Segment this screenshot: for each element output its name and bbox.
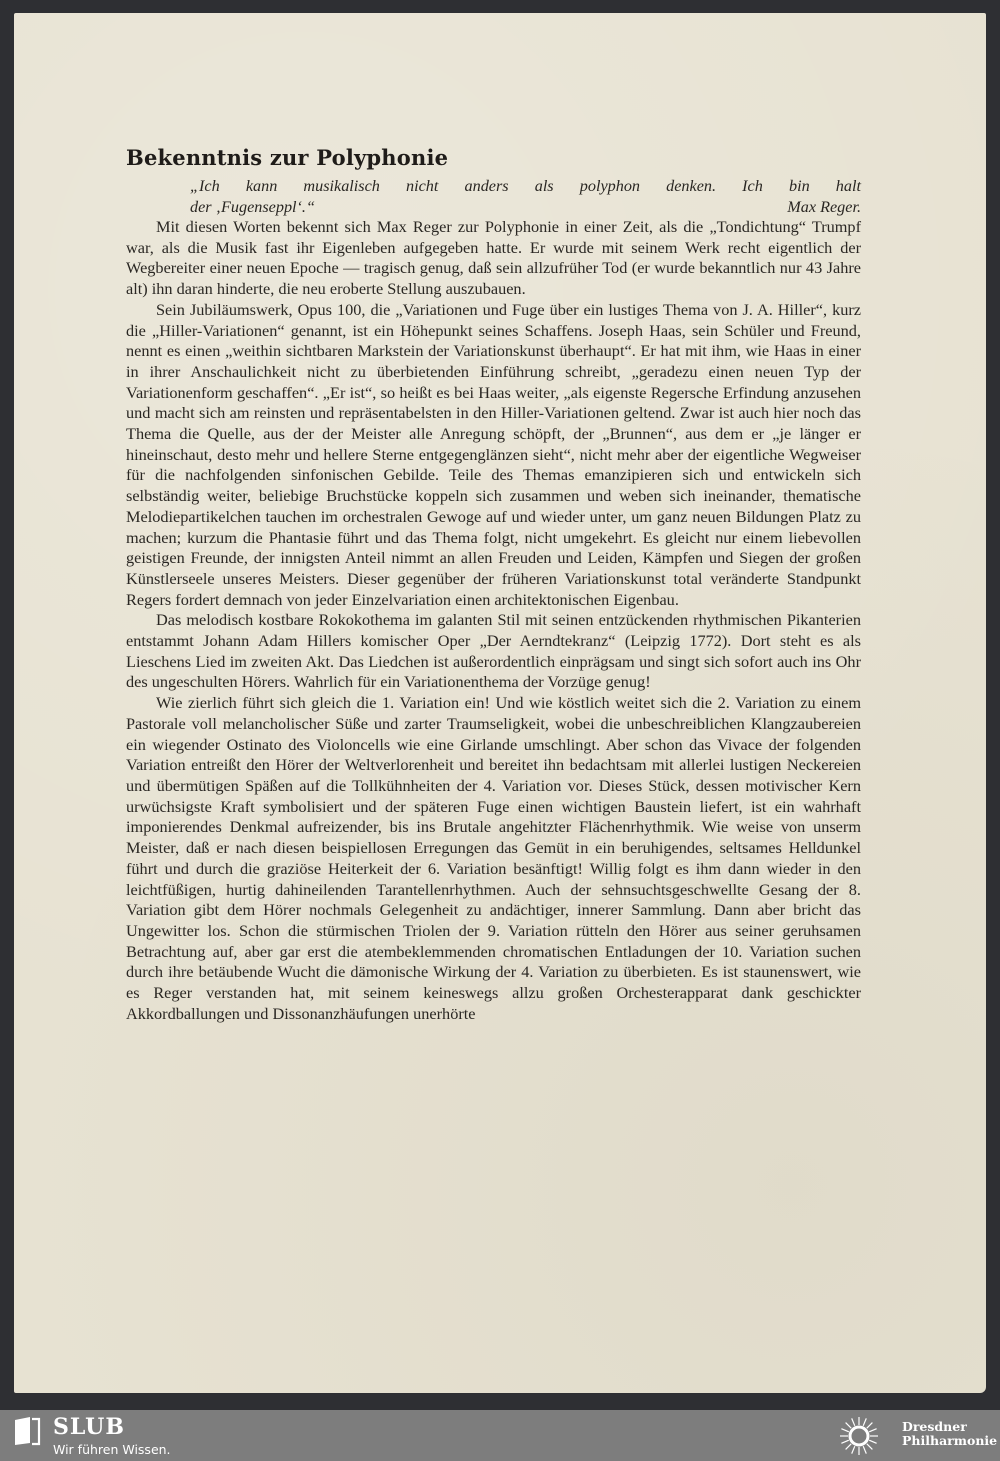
epigraph-attribution-row: der ‚Fugenseppl‘.“ Max Reger.: [190, 197, 861, 218]
scan-frame: Bekenntnis zur Polyphonie „Ich kann musi…: [0, 0, 1000, 1410]
paragraph: Sein Jubiläumswerk, Opus 100, die „Varia…: [126, 300, 861, 611]
page-content: Bekenntnis zur Polyphonie „Ich kann musi…: [126, 145, 861, 1024]
book-icon: [12, 1416, 42, 1446]
paragraph: Das melodisch kostbare Rokokothema im ga…: [126, 610, 861, 693]
page-title: Bekenntnis zur Polyphonie: [126, 145, 861, 170]
slub-name: SLUB: [53, 1414, 125, 1440]
epigraph-quote: „Ich kann musikalisch nicht anders als p…: [190, 176, 861, 197]
paragraph: Wie zierlich führt sich gleich die 1. Va…: [126, 693, 861, 1024]
article-body: Mit diesen Worten bekennt sich Max Reger…: [126, 217, 861, 1024]
document-page: Bekenntnis zur Polyphonie „Ich kann musi…: [14, 13, 986, 1393]
epigraph-line-2: der ‚Fugenseppl‘.“: [190, 197, 315, 218]
epigraph-author: Max Reger.: [787, 197, 861, 218]
dresdner-philharmonie-name: Dresdner Philharmonie: [902, 1420, 997, 1448]
paragraph: Mit diesen Worten bekennt sich Max Reger…: [126, 217, 861, 300]
dp-name-line-1: Dresdner: [902, 1420, 997, 1434]
sunburst-icon: [838, 1415, 880, 1457]
footer-bar: SLUB Wir führen Wissen.: [0, 1410, 1000, 1461]
dp-name-line-2: Philharmonie: [902, 1434, 997, 1448]
slub-tagline: Wir führen Wissen.: [53, 1442, 171, 1457]
epigraph-line-1: „Ich kann musikalisch nicht anders als p…: [190, 176, 861, 197]
